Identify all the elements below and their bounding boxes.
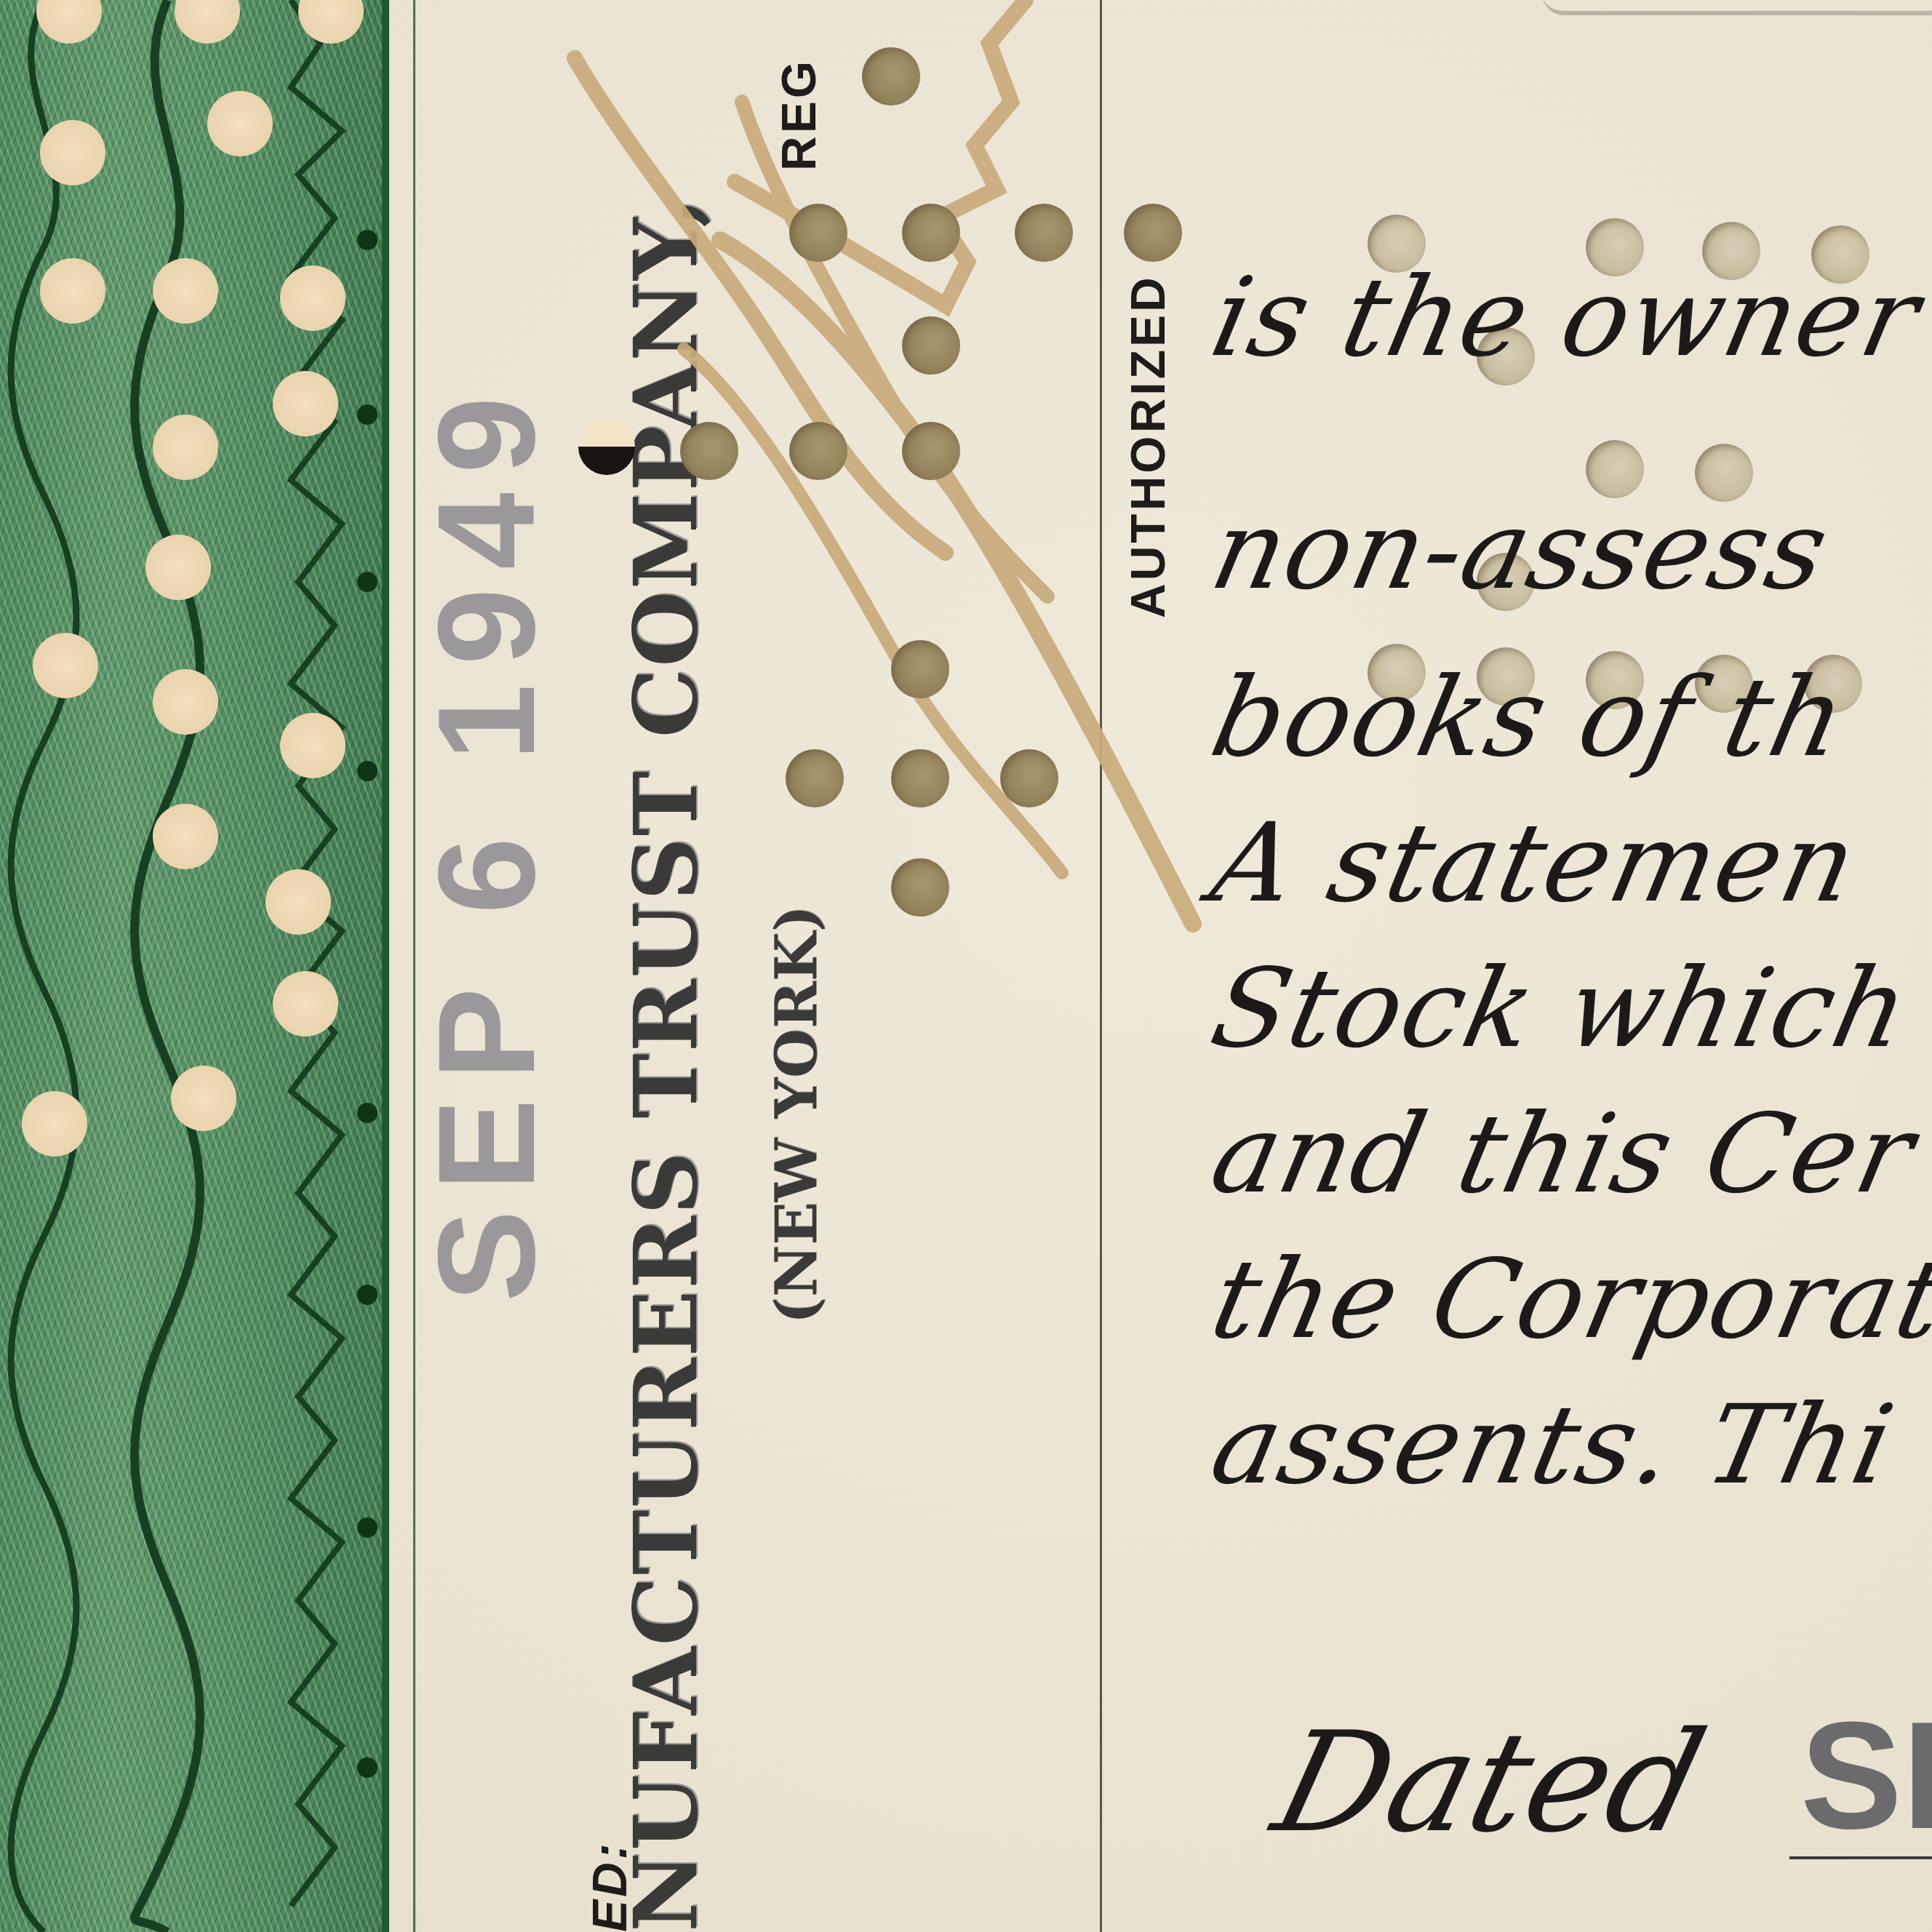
body-text-line: and this Cer bbox=[1202, 1091, 1925, 1218]
body-text-line: assents. Thi bbox=[1202, 1382, 1905, 1509]
body-text-line: Stock which bbox=[1202, 946, 1921, 1072]
punch-hole bbox=[862, 47, 920, 105]
punch-hole bbox=[789, 422, 847, 480]
punch-hole bbox=[902, 422, 960, 480]
body-text-line: books of th bbox=[1202, 655, 1858, 781]
punch-hole bbox=[1000, 749, 1058, 807]
punch-hole bbox=[902, 204, 960, 262]
body-text-line: non-assess bbox=[1202, 487, 1840, 614]
punch-hole bbox=[891, 640, 949, 698]
dated-underline bbox=[1789, 1856, 1932, 1859]
punch-hole bbox=[786, 749, 844, 807]
punch-hole bbox=[1015, 204, 1073, 262]
punch-hole bbox=[891, 749, 949, 807]
body-text-line: the Corporat bbox=[1202, 1237, 1932, 1363]
body-text-line: A statemen bbox=[1202, 800, 1868, 927]
dated-label: Dated bbox=[1260, 1702, 1719, 1863]
dated-stamp-value: SE bbox=[1800, 1688, 1932, 1864]
punch-hole bbox=[902, 316, 960, 375]
punch-hole bbox=[789, 204, 847, 262]
punch-hole bbox=[680, 422, 738, 480]
body-text-line: is the owner bbox=[1202, 255, 1931, 381]
heading-fragment bbox=[1542, 0, 1932, 15]
punch-hole bbox=[891, 858, 949, 917]
punch-hole bbox=[1124, 204, 1182, 262]
